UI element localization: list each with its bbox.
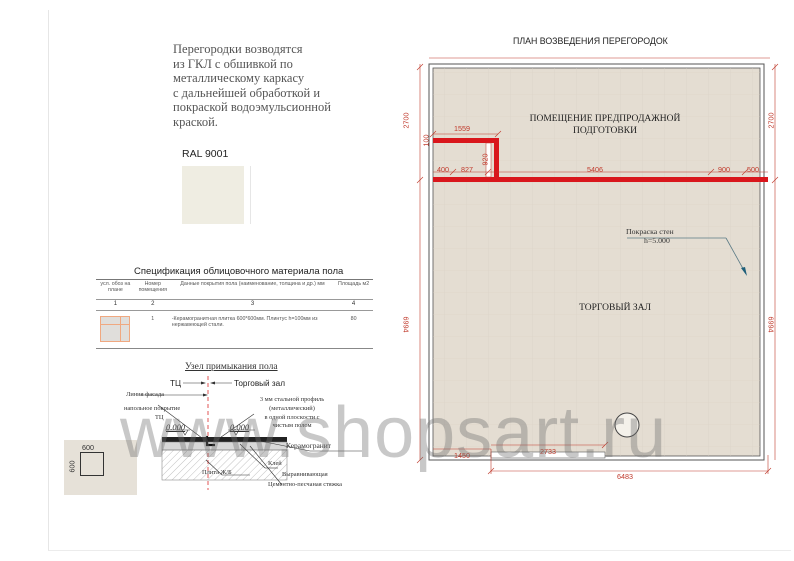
dim-right-top: 2700 [767,113,776,129]
spec-col-number: 1 [96,300,135,311]
tile-width-dim: 600 [82,443,94,452]
tile-height-dim: 600 [68,461,77,473]
spec-header-description: Данные покрытия пола (наименование, толщ… [171,280,334,300]
dim-6483: 6483 [617,472,633,481]
node-label-tc: ТЦ [170,379,181,388]
dim-827: 827 [461,165,473,174]
spec-header-room: Номер помещения [135,280,171,300]
spec-description: -Керамогранитная плитка 600*600мм. Плинт… [171,311,334,349]
dim-right-bottom: 6994 [767,317,776,333]
ral-color-swatch [182,166,244,224]
dim-partition-small: 100 [422,135,431,147]
room-prep-label: ПОМЕЩЕНИЕ ПРЕДПРОДАЖНОЙ ПОДГОТОВКИ [520,114,690,137]
node-title: Узел примыкания пола [185,362,278,372]
spec-col-number: 2 [135,300,171,311]
dim-400: 400 [437,165,449,174]
paint-note-line2: h=5.000 [644,236,670,245]
watermark: www.shopsart.ru [120,397,667,469]
partition-note: Перегородки возводятся из ГКЛ с обшивкой… [173,42,373,130]
spec-header-symbol: усл. обоз на плане [96,280,135,300]
dim-900: 900 [718,165,730,174]
spec-col-number: 4 [334,300,373,311]
dim-partition-top: 1559 [454,124,470,133]
spec-tile-symbol [96,311,135,349]
table-row: 1 -Керамогранитная плитка 600*600мм. Пли… [96,311,373,349]
plan-title: ПЛАН ВОЗВЕДЕНИЯ ПЕРЕГОРОДОК [513,36,668,46]
spec-header-area: Площадь м2 [334,280,373,300]
spec-room-number: 1 [135,311,171,349]
swatch-divider [250,166,251,224]
spec-area: 80 [334,311,373,349]
spec-col-number: 3 [171,300,334,311]
dim-left-top: 2700 [402,113,411,129]
dim-left-bottom: 6994 [402,317,411,333]
ral-color-label: RAL 9001 [182,148,228,160]
tile-symbol-icon [100,316,130,342]
room-sales-label: ТОРГОВЫЙ ЗАЛ [565,303,665,315]
tile-square-icon [80,452,104,476]
dim-5406: 5406 [587,165,603,174]
paint-note-line1: Покраска стен [626,227,674,236]
node-label-sales-hall: Торговый зал [234,379,285,388]
floor-spec-table: усл. обоз на плане Номер помещения Данны… [96,279,373,349]
spec-table-title: Спецификация облицовочного материала пол… [134,266,343,277]
node-label-screed: Цементно-песчаная стяжка [268,481,342,488]
dim-partition-vertical: 920 [481,154,490,166]
dim-500: 500 [747,165,759,174]
